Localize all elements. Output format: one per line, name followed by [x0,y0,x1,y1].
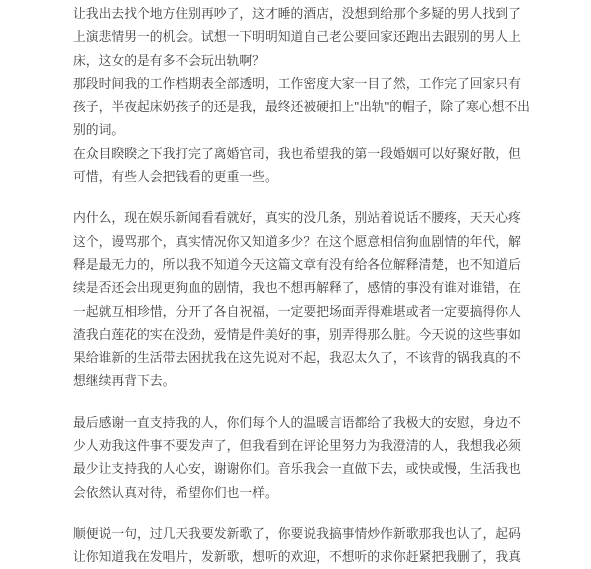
article-body: 让我出去找个地方住别再吵了，这才睡的酒店，没想到给那个多疑的男人找到了 上演悲情… [0,0,591,569]
paragraph-block-4: 顺便说一句，过几天我要发新歌了，你要说我搞事情炒作新歌那我也认了，起码 让你知道… [73,522,521,569]
paragraph-block-2: 内什么，现在娱乐新闻看看就好，真实的没几条，别站着说话不腰疼，天天心疼 这个，谩… [73,206,521,392]
paragraph-block-3: 最后感谢一直支持我的人，你们每个人的温暖言语都给了我极大的安慰，身边不 少人劝我… [73,411,521,504]
paragraph-block-1: 让我出去找个地方住别再吵了，这才睡的酒店，没想到给那个多疑的男人找到了 上演悲情… [73,2,521,188]
